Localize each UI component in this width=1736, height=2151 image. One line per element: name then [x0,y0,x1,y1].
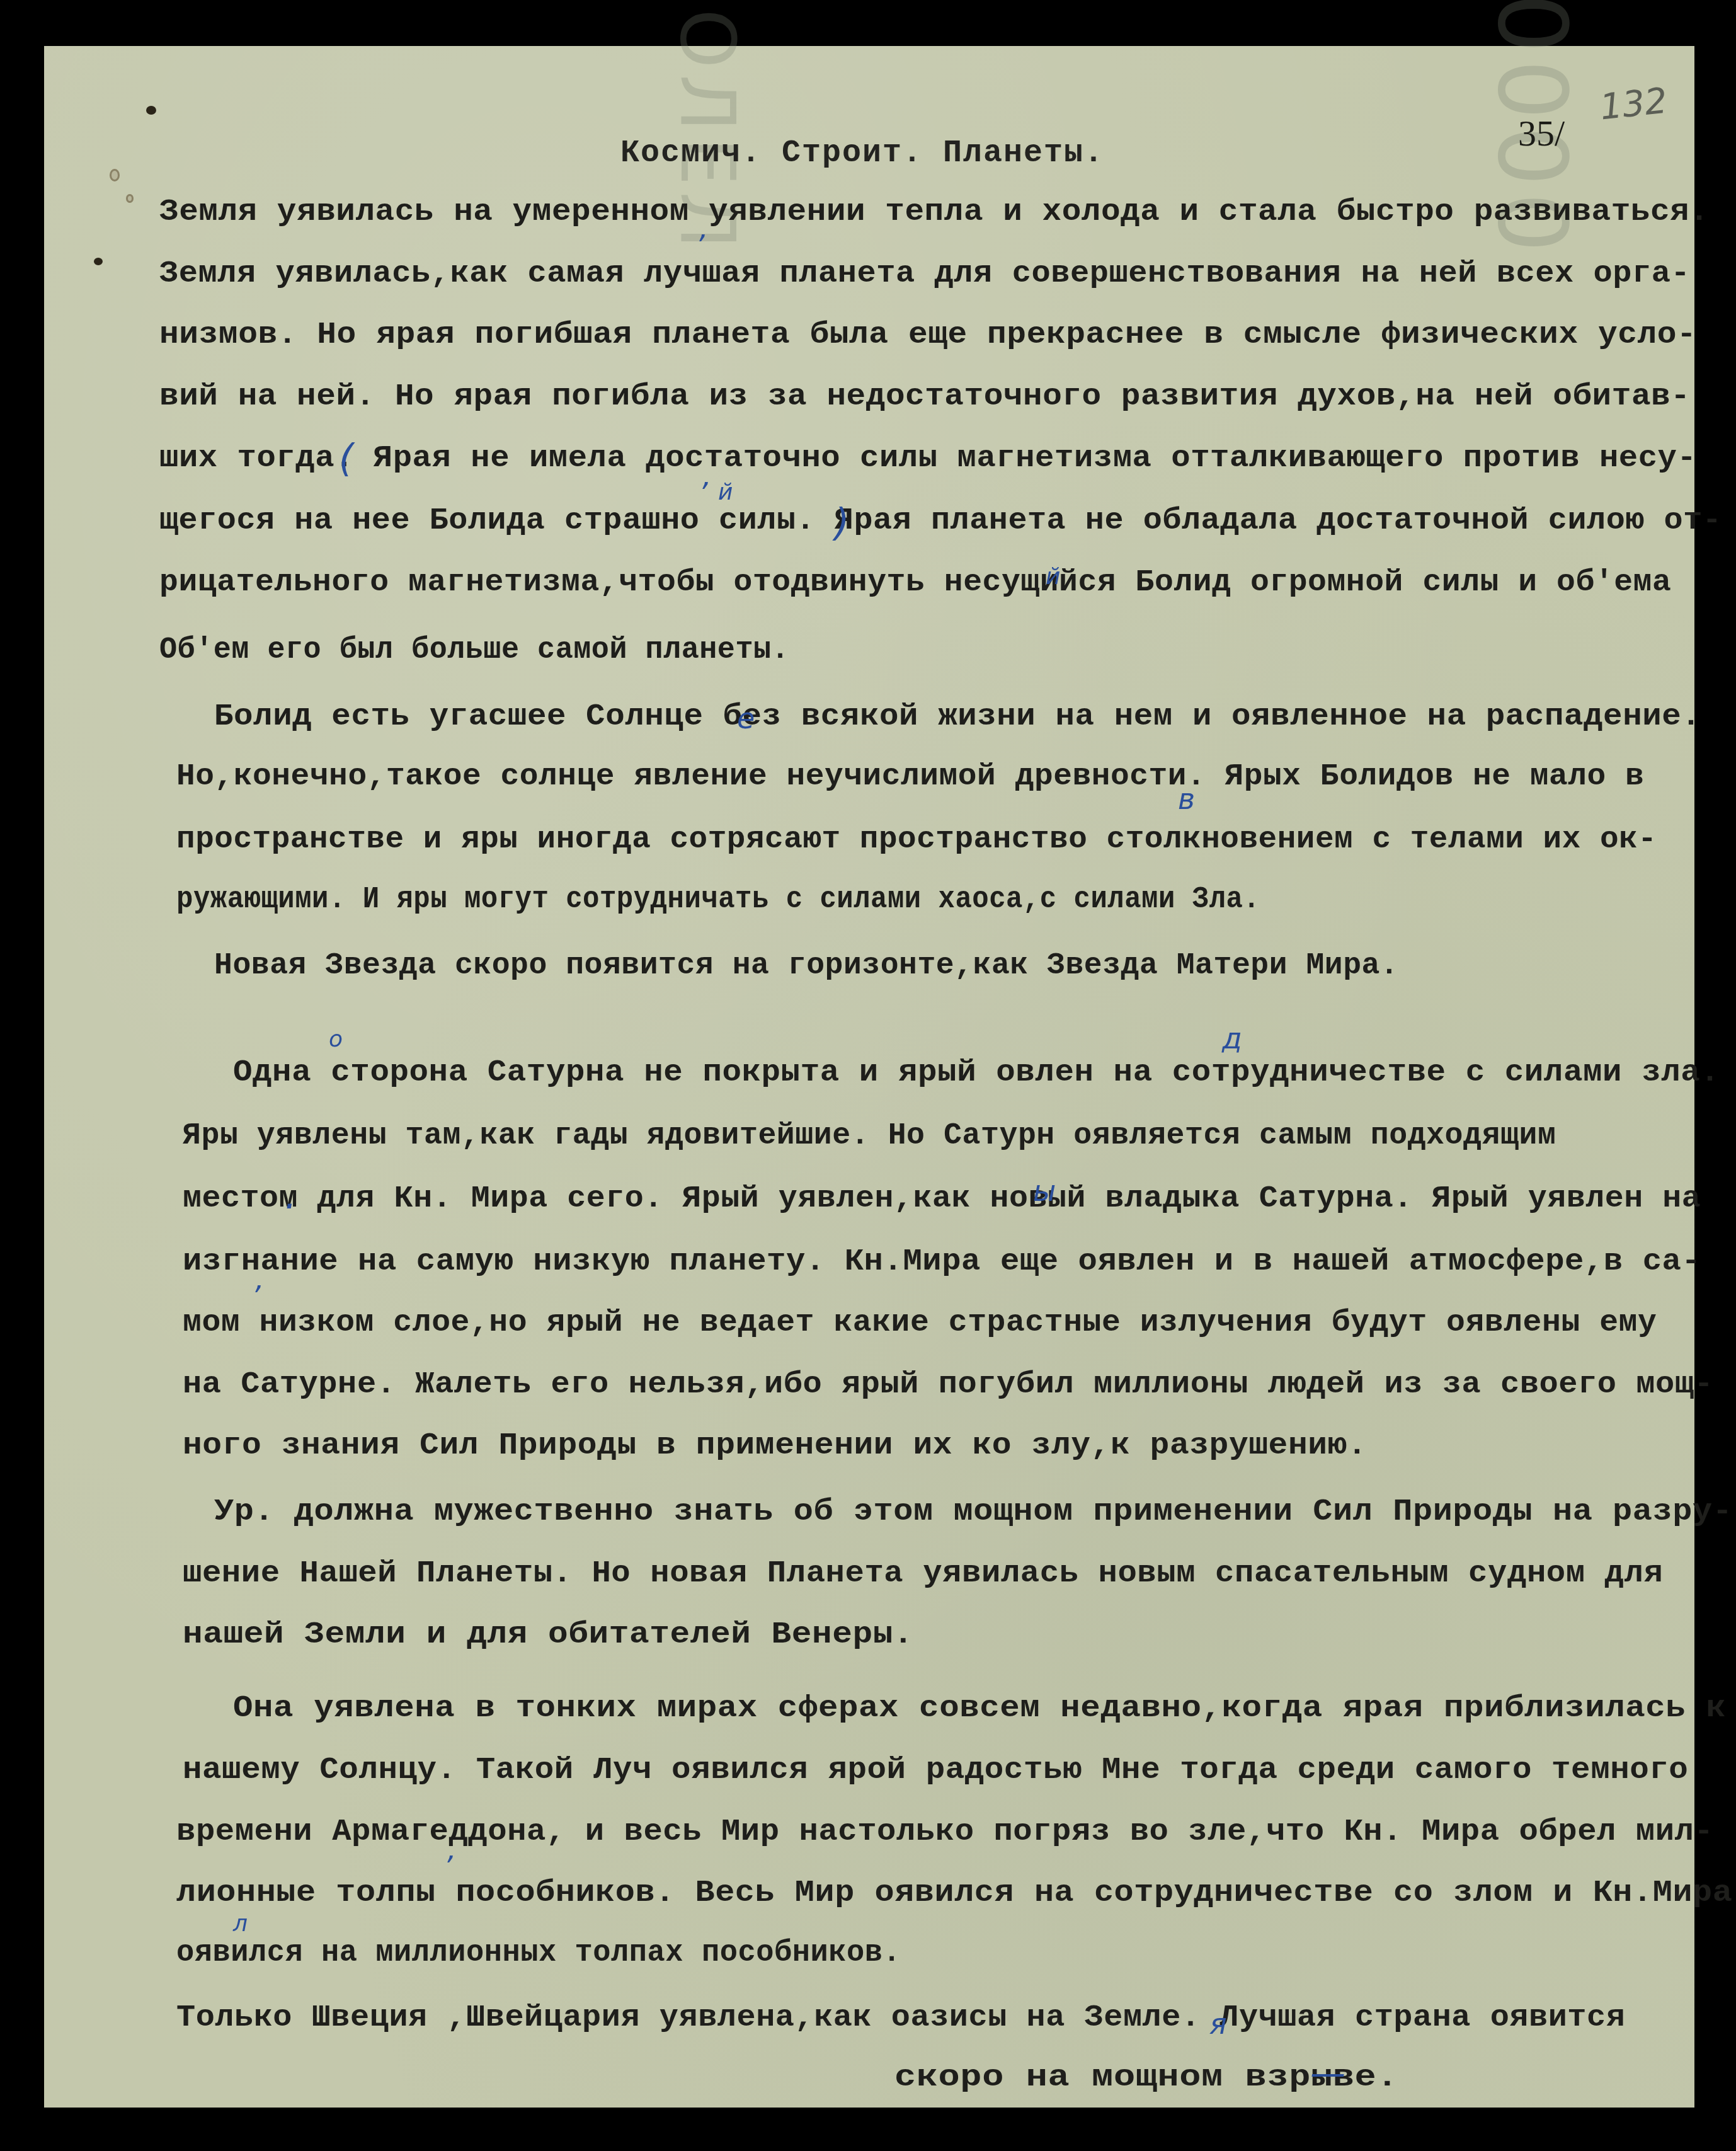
text-line: ружающими. И яры могут сотрудничать с си… [176,883,1260,917]
text-line: Земля уявилась на умеренном уявлении теп… [159,195,1709,229]
ink-correction: ы [1033,1174,1056,1208]
text-line: шение Нашей Планеты. Но новая Планета уя… [183,1557,1663,1591]
text-line: оявился на миллионных толпах пособников. [176,1936,901,1970]
text-line: Яры уявлены там,как гады ядовитейшие. Но… [183,1119,1556,1153]
text-line: Только Швеция ,Швейцария уявлена,как оаз… [176,2001,1625,2035]
text-line: ного знания Сил Природы в применении их … [183,1429,1367,1463]
ink-correction: о [329,1026,343,1052]
ink-correction: . [285,1174,297,1218]
text-line: Болид есть угасшее Солнце без всякой жиз… [214,700,1701,734]
ink-correction: в [1178,782,1195,816]
ink-correction: я [1209,2007,1227,2041]
ink-correction: д [1222,1021,1242,1055]
binding-hole [126,194,134,203]
ink-correction: , [702,459,712,493]
text-line: на Сатурне. Жалеть его нельзя,ибо ярый п… [183,1368,1713,1402]
ink-correction: е [737,701,755,735]
ink-correction: , [699,211,709,245]
binding-hole [94,258,103,265]
text-line: нашему Солнцу. Такой Луч оявился ярой ра… [183,1753,1688,1787]
text-line: щегося на нее Болида страшно силы. Ярая … [159,504,1722,538]
ink-correction: л [233,1911,248,1937]
binding-hole [110,169,120,181]
text-line: изгнание на самую низкую планету. Кн.Мир… [183,1245,1701,1279]
text-line: Земля уявилась,как самая лучшая планета … [159,257,1690,291]
binding-hole [146,106,156,115]
text-line: мом низком слое,но ярый не ведает какие … [183,1306,1657,1340]
document-title: Космич. Строит. Планеты. [620,135,1104,171]
ink-correction: — [1310,2053,1345,2094]
text-line: времени Армагеддона, и весь Мир настольк… [176,1815,1713,1849]
text-line: пространстве и яры иногда сотрясают прос… [176,823,1657,857]
ink-correction: ) [835,501,849,545]
text-line: нашей Земли и для обитателей Венеры. [183,1618,913,1652]
text-line: вий на ней. Но ярая погибла из за недост… [159,380,1690,414]
text-line: Она уявлена в тонких мирах сферах совсем… [233,1692,1726,1726]
text-line: местом для Кн. Мира сего. Ярый уявлен,ка… [183,1182,1701,1216]
text-line: Новая Звезда скоро появится на горизонте… [214,949,1398,983]
text-line: Ур. должна мужественно знать об этом мощ… [214,1495,1732,1529]
handwritten-page-number: 132 [1598,81,1669,129]
text-line: лионные толпы пособников. Весь Мир оявил… [176,1876,1732,1910]
ink-correction: , [447,1832,457,1866]
text-line: Об'ем его был больше самой планеты. [159,633,789,667]
text-line: рицательного магнетизма,чтобы отодвинуть… [159,566,1671,600]
text-line: низмов. Но ярая погибшая планета была ещ… [159,318,1696,352]
ink-correction: й [1046,564,1060,590]
text-line: ших тогда. Ярая не имела достаточно силы… [159,442,1696,476]
document-page: 0000 МОЛЕЛ 35/ 132 Космич. Строит. Плане… [44,46,1694,2108]
ink-correction: ( [339,437,353,481]
text-line: Одна сторона Сатурна не покрыта и ярый о… [233,1056,1720,1090]
typed-page-number: 35/ [1518,112,1565,154]
ink-correction: й [718,479,733,505]
ink-correction: , [255,1262,265,1296]
text-line: Но,конечно,такое солнце явление неучисли… [176,760,1644,794]
